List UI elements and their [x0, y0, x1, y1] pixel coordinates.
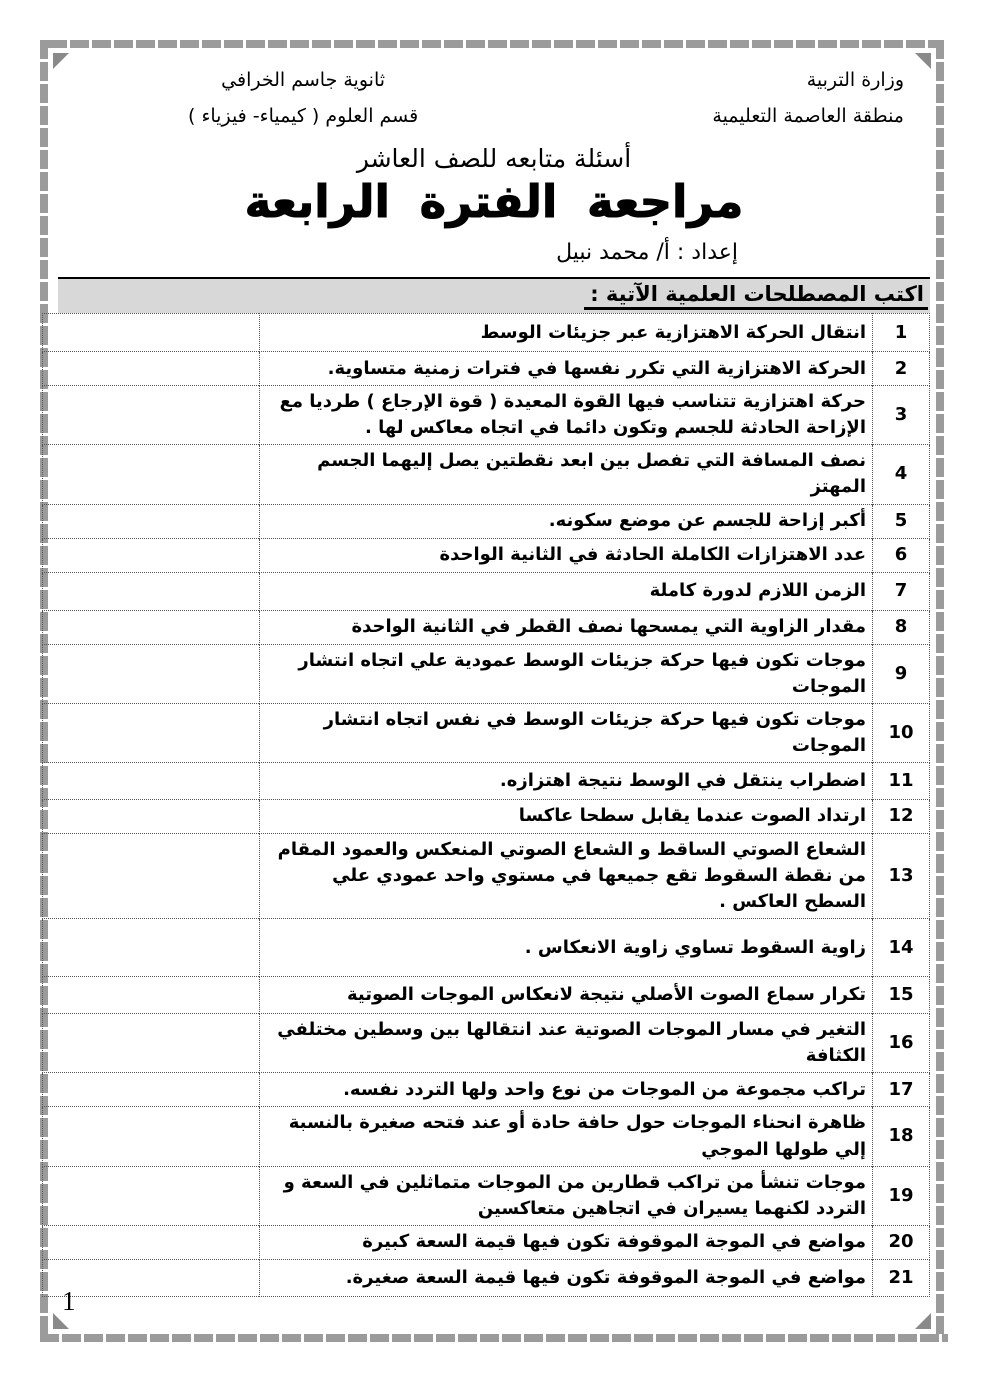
row-number: 13 [873, 833, 930, 918]
definition-cell: حركة اهتزازية تتناسب فيها القوة المعيدة … [260, 386, 873, 445]
answer-cell [43, 504, 260, 538]
row-number: 8 [873, 610, 930, 644]
section-header-text: اكتب المصطلحات العلمية الآتية : [584, 282, 928, 310]
table-row: 3حركة اهتزازية تتناسب فيها القوة المعيدة… [43, 386, 930, 445]
table-row: 2الحركة الاهتزازية التي تكرر نفسها في فت… [43, 352, 930, 386]
table-row: 19موجات تنشأ من تراكب قطارين من الموجات … [43, 1166, 930, 1225]
row-number: 12 [873, 799, 930, 833]
answer-cell [43, 445, 260, 504]
document-page: وزارة التربية منطقة العاصمة التعليمية ثا… [0, 0, 984, 1380]
table-row: 9موجات تكون فيها حركة جزيئات الوسط عمودي… [43, 644, 930, 703]
answer-cell [43, 703, 260, 762]
answer-cell [43, 919, 260, 977]
ministry-block: وزارة التربية منطقة العاصمة التعليمية [712, 62, 930, 134]
district-line: منطقة العاصمة التعليمية [712, 98, 904, 134]
answer-cell [43, 610, 260, 644]
row-number: 16 [873, 1014, 930, 1073]
corner-fold-icon-bottom-right [915, 1313, 931, 1329]
definition-cell: موجات تنشأ من تراكب قطارين من الموجات مت… [260, 1166, 873, 1225]
answer-cell [43, 1014, 260, 1073]
table-row: 7الزمن اللازم لدورة كاملة [43, 572, 930, 610]
school-line: ثانوية جاسم الخرافي [188, 62, 418, 98]
definition-cell: موجات تكون فيها حركة جزيئات الوسط في نفس… [260, 703, 873, 762]
definition-cell: مواضع في الموجة الموقوفة تكون فيها قيمة … [260, 1259, 873, 1296]
row-number: 17 [873, 1073, 930, 1107]
doc-subtitle: أسئلة متابعه للصف العاشر [58, 144, 930, 173]
answer-cell [43, 352, 260, 386]
answer-cell [43, 1107, 260, 1166]
answer-cell [43, 644, 260, 703]
table-row: 4نصف المسافة التي تفصل بين ابعد نقطتين ي… [43, 445, 930, 504]
row-number: 9 [873, 644, 930, 703]
row-number: 7 [873, 572, 930, 610]
definition-cell: زاوية السقوط تساوي زاوية الانعكاس . [260, 919, 873, 977]
definition-cell: أكبر إزاحة للجسم عن موضع سكونه. [260, 504, 873, 538]
ministry-line: وزارة التربية [712, 62, 904, 98]
row-number: 15 [873, 977, 930, 1014]
row-number: 3 [873, 386, 930, 445]
definition-cell: الحركة الاهتزازية التي تكرر نفسها في فتر… [260, 352, 873, 386]
table-row: 17تراكب مجموعة من الموجات من نوع واحد ول… [43, 1073, 930, 1107]
row-number: 18 [873, 1107, 930, 1166]
definition-cell: ظاهرة انحناء الموجات حول حافة حادة أو عن… [260, 1107, 873, 1166]
doc-title: مراجعة الفترة الرابعة [58, 175, 930, 228]
row-number: 1 [873, 314, 930, 352]
definition-cell: عدد الاهتزازات الكاملة الحادثة في الثاني… [260, 538, 873, 572]
answer-cell [43, 1073, 260, 1107]
definition-cell: تكرار سماع الصوت الأصلي نتيجة لانعكاس ال… [260, 977, 873, 1014]
table-row: 10موجات تكون فيها حركة جزيئات الوسط في ن… [43, 703, 930, 762]
answer-cell [43, 762, 260, 799]
table-row: 21مواضع في الموجة الموقوفة تكون فيها قيم… [43, 1259, 930, 1296]
table-row: 8مقدار الزاوية التي يمسحها نصف القطر في … [43, 610, 930, 644]
row-number: 4 [873, 445, 930, 504]
table-row: 18ظاهرة انحناء الموجات حول حافة حادة أو … [43, 1107, 930, 1166]
row-number: 19 [873, 1166, 930, 1225]
definition-cell: موجات تكون فيها حركة جزيئات الوسط عمودية… [260, 644, 873, 703]
row-number: 20 [873, 1225, 930, 1259]
department-line: قسم العلوم ( كيمياء- فيزياء ) [188, 98, 418, 134]
row-number: 6 [873, 538, 930, 572]
prepared-by-line: إعداد : أ/ محمد نبيل [58, 240, 930, 265]
definition-cell: نصف المسافة التي تفصل بين ابعد نقطتين يص… [260, 445, 873, 504]
table-row: 20مواضع في الموجة الموقوفة تكون فيها قيم… [43, 1225, 930, 1259]
definition-cell: اضطراب ينتقل في الوسط نتيجة اهتزازه. [260, 762, 873, 799]
definition-cell: انتقال الحركة الاهتزازية عبر جزيئات الوس… [260, 314, 873, 352]
definition-cell: ارتداد الصوت عندما يقابل سطحا عاكسا [260, 799, 873, 833]
answer-cell [43, 799, 260, 833]
page-number: 1 [62, 1286, 76, 1317]
definition-cell: الزمن اللازم لدورة كاملة [260, 572, 873, 610]
answer-cell [43, 977, 260, 1014]
row-number: 14 [873, 919, 930, 977]
page-border-bottom [40, 1334, 948, 1342]
definition-cell: التغير في مسار الموجات الصوتية عند انتقا… [260, 1014, 873, 1073]
row-number: 11 [873, 762, 930, 799]
terms-table-body: 1انتقال الحركة الاهتزازية عبر جزيئات الو… [43, 314, 930, 1297]
table-row: 5أكبر إزاحة للجسم عن موضع سكونه. [43, 504, 930, 538]
answer-cell [43, 314, 260, 352]
school-block: ثانوية جاسم الخرافي قسم العلوم ( كيمياء-… [58, 62, 418, 134]
table-row: 1انتقال الحركة الاهتزازية عبر جزيئات الو… [43, 314, 930, 352]
row-number: 21 [873, 1259, 930, 1296]
answer-cell [43, 572, 260, 610]
table-row: 16التغير في مسار الموجات الصوتية عند انت… [43, 1014, 930, 1073]
page-border-right [936, 40, 944, 1334]
table-row: 11اضطراب ينتقل في الوسط نتيجة اهتزازه. [43, 762, 930, 799]
section-header-bar: اكتب المصطلحات العلمية الآتية : [58, 277, 930, 313]
definition-cell: مقدار الزاوية التي يمسحها نصف القطر في ا… [260, 610, 873, 644]
terms-table: 1انتقال الحركة الاهتزازية عبر جزيئات الو… [42, 313, 930, 1297]
definition-cell: مواضع في الموجة الموقوفة تكون فيها قيمة … [260, 1225, 873, 1259]
table-row: 14زاوية السقوط تساوي زاوية الانعكاس . [43, 919, 930, 977]
row-number: 2 [873, 352, 930, 386]
definition-cell: الشعاع الصوتي الساقط و الشعاع الصوتي الم… [260, 833, 873, 918]
page-content: وزارة التربية منطقة العاصمة التعليمية ثا… [58, 56, 930, 1297]
answer-cell [43, 538, 260, 572]
answer-cell [43, 386, 260, 445]
table-row: 12ارتداد الصوت عندما يقابل سطحا عاكسا [43, 799, 930, 833]
row-number: 5 [873, 504, 930, 538]
table-row: 13الشعاع الصوتي الساقط و الشعاع الصوتي ا… [43, 833, 930, 918]
row-number: 10 [873, 703, 930, 762]
page-border-top [48, 40, 936, 48]
table-row: 15تكرار سماع الصوت الأصلي نتيجة لانعكاس … [43, 977, 930, 1014]
table-row: 6عدد الاهتزازات الكاملة الحادثة في الثان… [43, 538, 930, 572]
letterhead: وزارة التربية منطقة العاصمة التعليمية ثا… [58, 62, 930, 134]
answer-cell [43, 1166, 260, 1225]
definition-cell: تراكب مجموعة من الموجات من نوع واحد ولها… [260, 1073, 873, 1107]
answer-cell [43, 1225, 260, 1259]
answer-cell [43, 833, 260, 918]
